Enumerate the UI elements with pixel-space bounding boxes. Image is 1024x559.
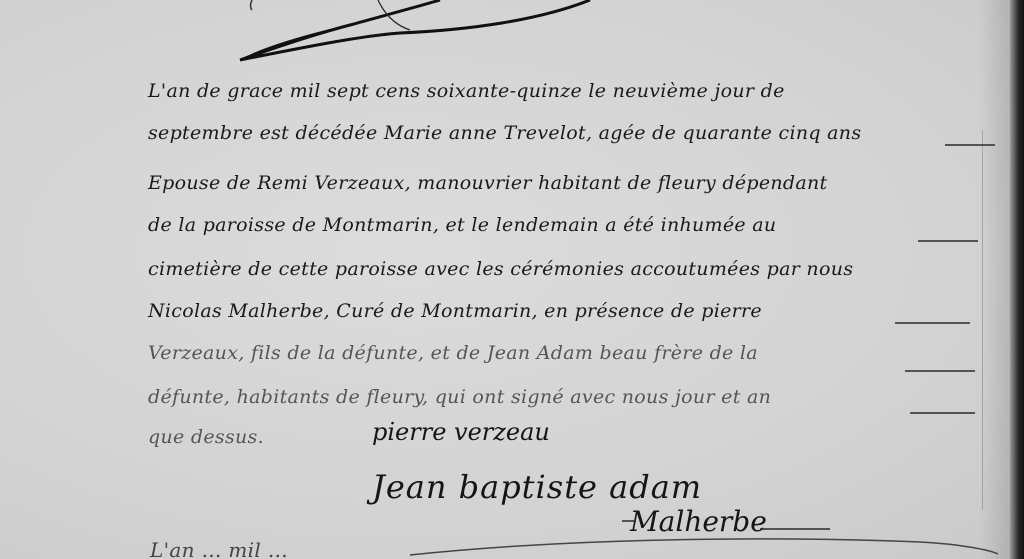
signature-jean-baptiste-adam: Jean baptiste adam (372, 468, 702, 506)
binding-shadow (980, 0, 1010, 559)
entry-line-5: cimetière de cette paroisse avec les cér… (148, 258, 853, 280)
register-page: L'an de grace mil sept cens soixante-qui… (0, 0, 1024, 559)
line-filler (905, 370, 975, 372)
line-filler (910, 412, 975, 414)
entry-line-9: que dessus. (148, 426, 264, 448)
entry-line-3: Epouse de Remi Verzeaux, manouvrier habi… (148, 172, 828, 194)
next-entry-fragment: L'an … mil … (150, 538, 288, 559)
entry-line-6: Nicolas Malherbe, Curé de Montmarin, en … (148, 300, 762, 322)
line-filler (895, 322, 970, 324)
signature-pierre-verzeau: pierre verzeau (372, 418, 550, 446)
entry-line-4: de la paroisse de Montmarin, et le lende… (148, 214, 776, 236)
entry-line-1: L'an de grace mil sept cens soixante-qui… (148, 80, 785, 102)
signature-mark (622, 520, 636, 522)
entry-line-8: défunte, habitants de fleury, qui ont si… (148, 386, 771, 408)
top-flourish-ink (0, 0, 1024, 70)
entry-line-2: septembre est décédée Marie anne Trevelo… (148, 122, 861, 144)
entry-line-7: Verzeaux, fils de la défunte, et de Jean… (148, 342, 758, 364)
line-filler (918, 240, 978, 242)
next-entry-flourish-ink (400, 530, 1000, 559)
binding-gutter (1010, 0, 1024, 559)
